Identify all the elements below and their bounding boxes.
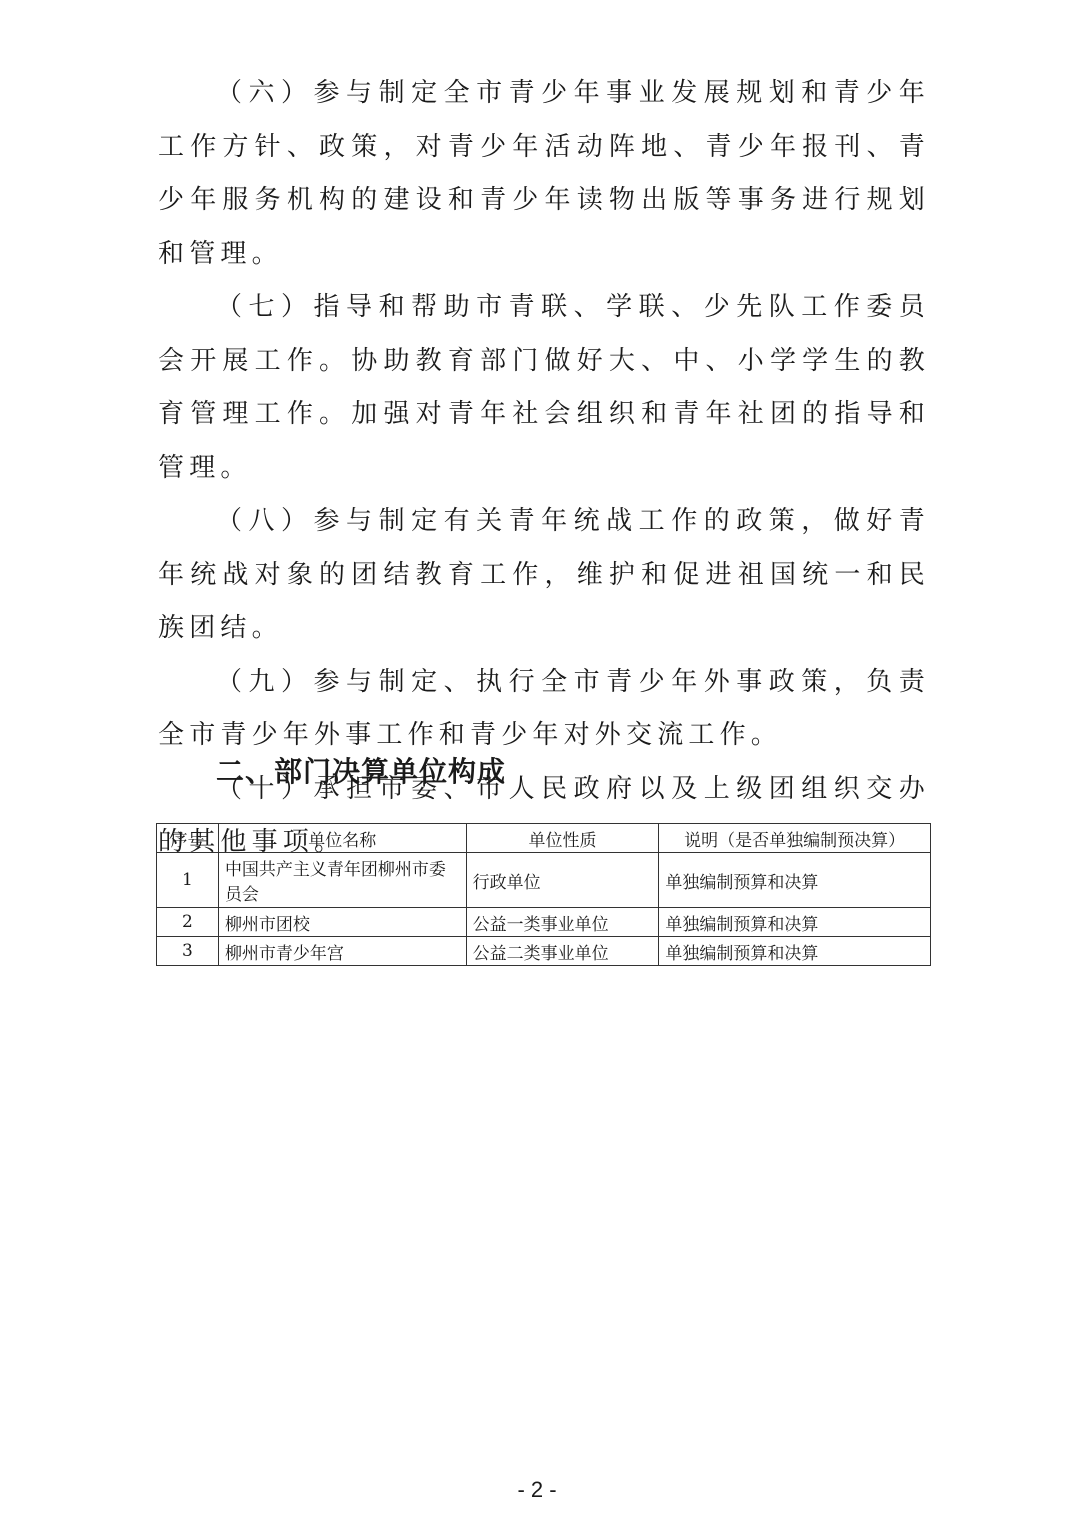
cell-index: 1 <box>157 853 219 908</box>
header-index: 序号 <box>157 824 219 853</box>
table-header-row: 序号 单位名称 单位性质 说明（是否单独编制预决算） <box>157 824 931 853</box>
cell-unit-name: 柳州市青少年宫 <box>218 937 466 966</box>
cell-unit-name: 中国共产主义青年团柳州市委员会 <box>218 853 466 908</box>
section-heading: 二、部门决算单位构成 <box>216 750 506 790</box>
paragraph-9: （九）参与制定、执行全市青少年外事政策，负责全市青少年外事工作和青少年对外交流工… <box>158 656 930 763</box>
unit-composition-table: 序号 单位名称 单位性质 说明（是否单独编制预决算） 1 中国共产主义青年团柳州… <box>156 823 931 966</box>
header-unit-type: 单位性质 <box>466 824 659 853</box>
header-unit-name: 单位名称 <box>218 824 466 853</box>
cell-unit-type: 公益二类事业单位 <box>466 937 659 966</box>
page-number: - 2 - <box>0 1477 1074 1503</box>
table-row: 2 柳州市团校 公益一类事业单位 单独编制预算和决算 <box>157 908 931 937</box>
cell-note: 单独编制预算和决算 <box>659 908 931 937</box>
paragraph-7: （七）指导和帮助市青联、学联、少先队工作委员会开展工作。协助教育部门做好大、中、… <box>158 281 930 495</box>
cell-unit-name: 柳州市团校 <box>218 908 466 937</box>
paragraph-8: （八）参与制定有关青年统战工作的政策，做好青年统战对象的团结教育工作，维护和促进… <box>158 495 930 656</box>
cell-note: 单独编制预算和决算 <box>659 937 931 966</box>
cell-note: 单独编制预算和决算 <box>659 853 931 908</box>
paragraph-6: （六）参与制定全市青少年事业发展规划和青少年工作方针、政策，对青少年活动阵地、青… <box>158 67 930 281</box>
cell-index: 3 <box>157 937 219 966</box>
table-row: 3 柳州市青少年宫 公益二类事业单位 单独编制预算和决算 <box>157 937 931 966</box>
table-row: 1 中国共产主义青年团柳州市委员会 行政单位 单独编制预算和决算 <box>157 853 931 908</box>
cell-unit-type: 公益一类事业单位 <box>466 908 659 937</box>
document-page: （六）参与制定全市青少年事业发展规划和青少年工作方针、政策，对青少年活动阵地、青… <box>0 0 1074 1520</box>
cell-index: 2 <box>157 908 219 937</box>
cell-unit-type: 行政单位 <box>466 853 659 908</box>
header-note: 说明（是否单独编制预决算） <box>659 824 931 853</box>
